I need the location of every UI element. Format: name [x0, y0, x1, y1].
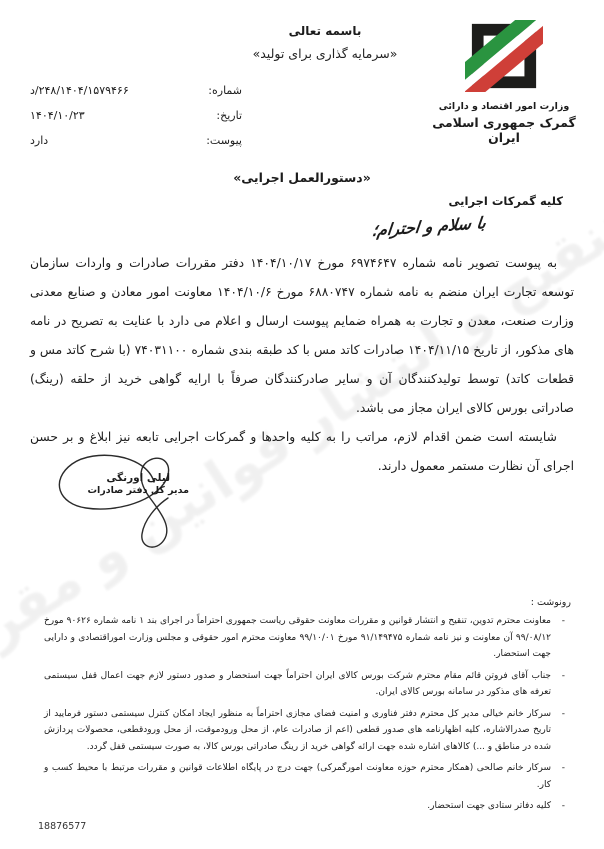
doc-type-title: «دستورالعمل اجرایی» — [0, 170, 604, 185]
cc-label: رونوشت : — [40, 597, 571, 608]
meta-attachment-row: پیوست: دارد — [30, 134, 242, 147]
date-value: ۱۴۰۴/۱۰/۲۳ — [30, 109, 85, 122]
meta-number-row: شماره: ۲۴۸/۱۴۰۴/۱۵۷۹۴۶۶/د — [30, 84, 242, 97]
cc-item: جناب آقای فروتن قائم مقام محترم شرکت بور… — [44, 668, 551, 701]
signature-text: لیلی اورنگی مدیر کل دفتر صادرات — [87, 472, 189, 496]
addressee-line: کلیه گمرکات اجرایی — [449, 194, 563, 208]
cc-list: معاونت محترم تدوین، تنقیح و انتشار قوانی… — [40, 613, 571, 815]
document-id: 18876577 — [38, 821, 86, 832]
date-label: تاریخ: — [216, 109, 242, 122]
body-paragraph-1: به پیوست تصویر نامه شماره ۶۹۷۴۶۴۷ مورخ ۱… — [30, 249, 574, 423]
number-value: ۲۴۸/۱۴۰۴/۱۵۷۹۴۶۶/د — [30, 84, 129, 97]
organization-name: گمرک جمهوری اسلامی ایران — [426, 115, 582, 145]
salutation-script: با سلام و احترام؛ — [371, 213, 487, 240]
attachment-value: دارد — [30, 134, 48, 147]
cc-section: رونوشت : معاونت محترم تدوین، تنقیح و انت… — [40, 597, 571, 820]
ministry-name: وزارت امور اقتصاد و دارائی — [426, 101, 582, 112]
signer-title: مدیر کل دفتر صادرات — [87, 485, 189, 496]
signer-name: لیلی اورنگی — [87, 472, 189, 484]
cc-item: سرکار خانم خیالی مدیر کل محترم دفتر فناو… — [44, 706, 551, 756]
meta-date-row: تاریخ: ۱۴۰۴/۱۰/۲۳ — [30, 109, 242, 122]
cc-item: معاونت محترم تدوین، تنقیح و انتشار قوانی… — [44, 613, 551, 663]
cc-item: سرکار خانم صالحی (همکار محترم حوزه معاون… — [44, 760, 551, 793]
cc-item: کلیه دفاتر ستادی جهت استحضار. — [44, 798, 551, 815]
letter-page: تنقیح و انتشار قوانین و مقررات باسمه تعا… — [0, 0, 604, 849]
letterhead-logo-block: وزارت امور اقتصاد و دارائی گمرک جمهوری ا… — [426, 20, 582, 145]
letter-meta-block: شماره: ۲۴۸/۱۴۰۴/۱۵۷۹۴۶۶/د تاریخ: ۱۴۰۴/۱۰… — [30, 84, 242, 159]
number-label: شماره: — [208, 84, 242, 97]
attachment-label: پیوست: — [206, 134, 242, 147]
signature-block: لیلی اورنگی مدیر کل دفتر صادرات — [34, 440, 244, 560]
customs-emblem-icon — [465, 77, 543, 96]
